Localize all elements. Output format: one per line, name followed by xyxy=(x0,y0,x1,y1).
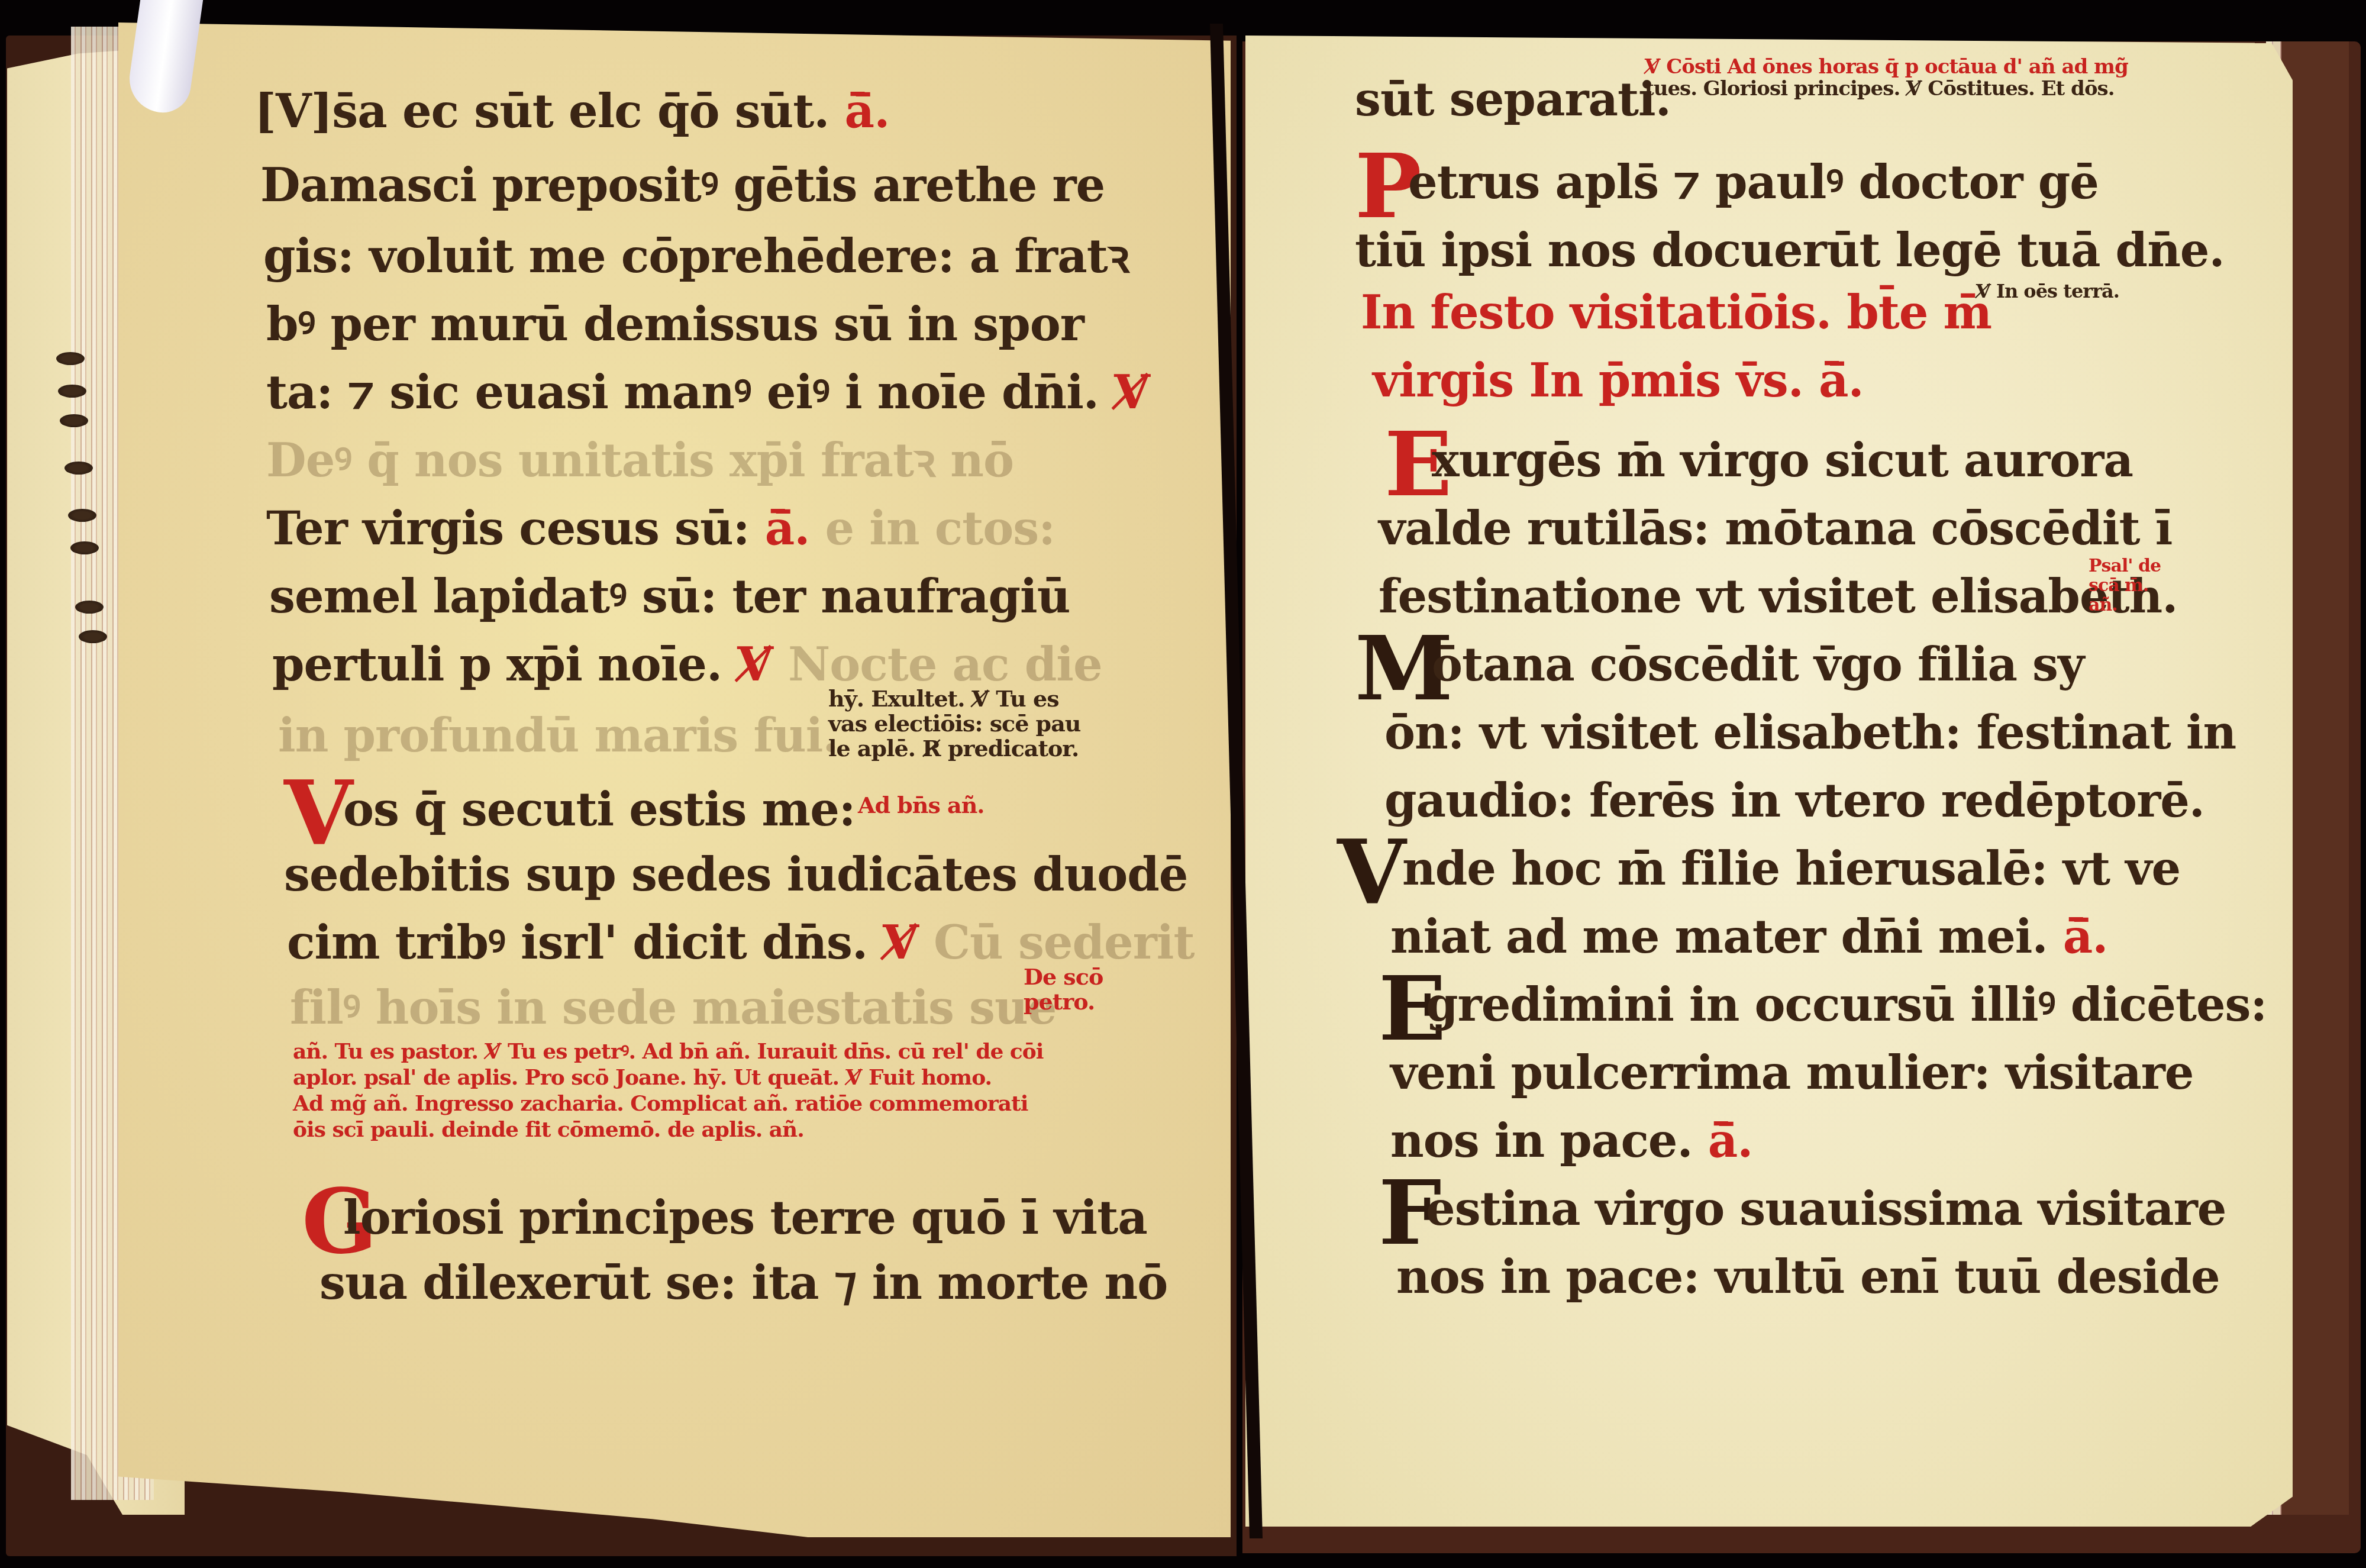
faint-text: Nocte ac die xyxy=(788,638,1102,692)
rubric-mark: ā̄. xyxy=(1819,354,1864,408)
right-line-1: etrus apls̄ ⁊ paulꝰ doctor gē xyxy=(1408,160,2099,206)
initial-V-ink: V xyxy=(1337,828,1406,917)
right-header-line: sūt separati. xyxy=(1355,77,1671,123)
left-line-16: sua dilexerūt se: ita ⁊ in morte nō xyxy=(319,1260,1167,1306)
rubric-heading: virgis In p̄mis v̄s. xyxy=(1373,354,1803,408)
tab-marker xyxy=(58,385,86,398)
left-line-2: Damasci prepositꝰ gētis arethe re xyxy=(260,163,1105,209)
left-line-7: Ter virgis cesus sū: ā̄. e in ctos: xyxy=(266,506,1055,552)
rubric-line: Ad mg̃ añ. Ingresso zacharia. Complicat … xyxy=(293,1090,1043,1117)
rubric-mark: V̸ xyxy=(1114,366,1150,420)
left-line-6-faint: Deꝰ q̄ nos unitatis xp̄i fratꝛ nō xyxy=(266,438,1013,484)
right-line-7: festinatione vt visitet elisabeth. xyxy=(1379,574,2177,620)
rubric-block: añ. Tu es pastor. V̸ Tu es petrꝰ. Ad bn̄… xyxy=(293,1038,1043,1143)
right-line-17: nos in pace: vultū enī tuū deside xyxy=(1396,1254,2220,1301)
note-line: vas electiōis: scē pau xyxy=(828,711,1080,736)
right-line-16: estina virgo suauissima visitare xyxy=(1426,1186,2226,1233)
line-text: nos in pace. xyxy=(1390,1114,1693,1168)
faint-text: e in ctos: xyxy=(825,502,1055,556)
left-line-4: bꝰ per murū demissus sū in spor xyxy=(266,302,1084,348)
note-line: le aplē. R̸ predicator. xyxy=(828,736,1080,761)
note-line: De scō xyxy=(1024,964,1103,989)
line-text: Ter virgis cesus sū: xyxy=(266,502,749,556)
rubric-heading-feast: In festo visitatiōis. bt̄e m̄ xyxy=(1361,290,1991,336)
tab-marker xyxy=(68,509,96,522)
right-line-5: xurgēs m̄ virgo sicut aurora xyxy=(1432,438,2133,484)
line-text: [V]s̄a ec sūt elc q̄ō sūt. xyxy=(254,85,829,138)
left-line-9: pertuli p xp̄i noīe. V̸ Nocte ac die xyxy=(272,642,1102,688)
rubric-mark: ā̄. xyxy=(2063,910,2108,964)
left-line-3: gis: voluit me cōprehēdere: a fratꝛ xyxy=(263,234,1129,280)
line-text: ta: ⁊ sic euasi manꝰ eiꝰ i noīe dn̄i. xyxy=(266,366,1099,420)
note-line: scā m̄. xyxy=(2089,576,2161,595)
note-line: añ. xyxy=(2089,595,2161,615)
side-note-psal: Psal' de scā m̄. añ. xyxy=(2089,556,2161,615)
line-text: cim tribꝰ isrl' dicit dn̄s. xyxy=(287,916,867,970)
initial-V-red: V xyxy=(284,769,353,858)
tab-marker xyxy=(64,462,93,475)
rubric-mark: ā̄. xyxy=(765,502,810,556)
marginal-note-2: Ad bn̄s añ. xyxy=(858,793,985,818)
rubric-mark: ā̄. xyxy=(845,85,890,138)
left-line-8: semel lapidatꝰ sū: ter naufragiū xyxy=(269,574,1070,620)
rubric-line: ōis scī pauli. deinde fit cōmemō. de apl… xyxy=(293,1117,1043,1143)
right-header-note: V̸ Cōsti Ad ōnes horas q̄ p octāua d' añ… xyxy=(1645,56,2128,101)
marginal-note-3: De scō petro. xyxy=(1024,964,1103,1014)
right-line-10: gaudio: ferēs in vtero redēptorē. xyxy=(1384,778,2204,824)
side-note: V̸ In oēs terrā. xyxy=(1976,281,2119,302)
rubric-line: aplor. psal' de aplis. Pro scō Joane. hȳ… xyxy=(293,1064,1043,1090)
photo-background: [V]s̄a ec sūt elc q̄ō sūt. ā̄. Damasci p… xyxy=(0,0,2366,1568)
right-line-11: nde hoc m̄ filie hierusalē: vt ve xyxy=(1402,846,2180,892)
tab-marker xyxy=(56,352,85,365)
rubric-line: añ. Tu es pastor. V̸ Tu es petrꝰ. Ad bn̄… xyxy=(293,1038,1043,1064)
note-line: V̸ Cōsti Ad ōnes horas q̄ p octāua d' añ… xyxy=(1645,56,2128,78)
note-line: Psal' de xyxy=(2089,556,2161,576)
note-line: tues. Gloriosi principes. V̸ Cōstitues. … xyxy=(1645,78,2128,100)
left-line-13: cim tribꝰ isrl' dicit dn̄s. V̸ Cū sederi… xyxy=(287,920,1194,966)
left-line-12: sedebitis sup sedes iudicātes duodē xyxy=(284,852,1187,898)
left-line-1: [V]s̄a ec sūt elc q̄ō sūt. ā̄. xyxy=(254,89,889,135)
right-line-2: tiū ipsi nos docuerūt legē tuā dn̄e. xyxy=(1355,228,2225,274)
right-line-8: ōtana cōscēdit v̄go filia sy xyxy=(1432,642,2084,688)
tab-marker xyxy=(70,541,99,554)
right-line-4: virgis In p̄mis v̄s. ā̄. xyxy=(1373,358,1864,404)
left-line-15: loriosi principes terre quō ī vita xyxy=(343,1195,1147,1241)
right-line-14: veni pulcerrima mulier: visitare xyxy=(1390,1050,2193,1096)
right-line-15: nos in pace. ā̄. xyxy=(1390,1118,1753,1164)
leather-page-tabs xyxy=(56,352,127,660)
left-line-14-faint: filꝰ hoīs in sede maiestatis sue xyxy=(290,985,1056,1031)
left-line-10-faint: in profundū maris fui. xyxy=(278,713,838,759)
rubric-mark: V̸ xyxy=(883,916,918,970)
tab-marker xyxy=(60,414,88,427)
marginal-note-1: hȳ. Exultet. V̸ Tu es vas electiōis: scē… xyxy=(828,686,1080,760)
tab-marker xyxy=(79,630,107,643)
tab-marker xyxy=(75,601,104,614)
rubric-mark: V̸ xyxy=(737,638,773,692)
faint-text: Cū sederit xyxy=(934,916,1194,970)
rubric-mark: ā̄. xyxy=(1708,1114,1753,1168)
right-line-13: gredimini in occursū illiꝰ dicētes: xyxy=(1426,982,2267,1028)
line-text: pertuli p xp̄i noīe. xyxy=(272,638,722,692)
note-line: petro. xyxy=(1024,989,1103,1014)
line-text: niat ad me mater dn̄i mei. xyxy=(1390,910,2048,964)
note-line: hȳ. Exultet. V̸ Tu es xyxy=(828,686,1080,711)
left-line-5: ta: ⁊ sic euasi manꝰ eiꝰ i noīe dn̄i. V̸ xyxy=(266,370,1150,416)
right-line-6: valde rutilās: mōtana cōscēdit ī xyxy=(1379,506,2172,552)
right-line-12: niat ad me mater dn̄i mei. ā̄. xyxy=(1390,914,2107,960)
right-line-9: ōn: vt visitet elisabeth: festinat in xyxy=(1384,710,2236,756)
left-line-11: os q̄ secuti estis me: xyxy=(343,787,856,833)
